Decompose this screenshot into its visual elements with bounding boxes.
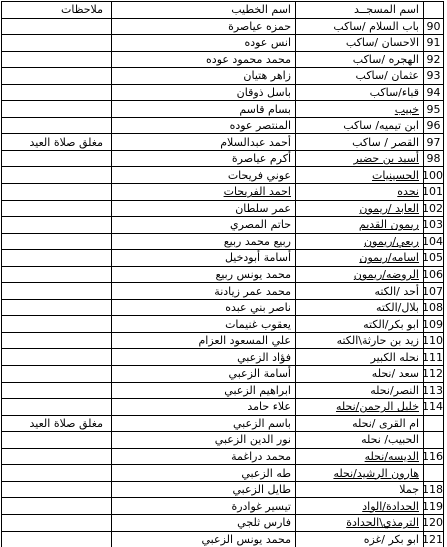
cell-mosque-name: ام القرى /نحله: [296, 415, 424, 432]
cell-mosque-name: ربعي/ريمون: [296, 233, 424, 250]
cell-number: 103: [424, 217, 444, 234]
column-header-number: [424, 2, 444, 19]
column-header-mosque: اسم المسجــد: [296, 2, 424, 19]
cell-mosque-name: الحسينيات: [296, 167, 424, 184]
cell-preacher-name: ابراهيم الزعبي: [112, 382, 296, 399]
cell-preacher-name: احمد الفريحات: [112, 184, 296, 201]
table-body: 90باب السلام /ساكبحمزه عياصرة91الاحسان /…: [2, 18, 444, 547]
cell-mosque-name: الروضه/ريمون: [296, 266, 424, 283]
table-row: هارون الرشيد/نحلهطه الزعبي: [2, 465, 444, 482]
cell-notes: [2, 35, 112, 52]
cell-preacher-name: ناصر بني عبده: [112, 299, 296, 316]
cell-number: 110: [424, 332, 444, 349]
cell-preacher-name: عوني فريحات: [112, 167, 296, 184]
table-row: 96ابن تيميه/ ساكبالمنتصر عوده: [2, 117, 444, 134]
table-row: 103ريمون القديمحاتم المصري: [2, 217, 444, 234]
cell-number: [424, 415, 444, 432]
table-row: 91الاحسان /ساكبانس عوده: [2, 35, 444, 52]
cell-notes: [2, 51, 112, 68]
cell-mosque-name: زيد بن حارثة\الكته: [296, 332, 424, 349]
cell-preacher-name: علي المسعود العزام: [112, 332, 296, 349]
cell-preacher-name: محمد يونس ربيع: [112, 266, 296, 283]
cell-notes: [2, 349, 112, 366]
cell-number: 96: [424, 117, 444, 134]
cell-preacher-name: باسم الزعبي: [112, 415, 296, 432]
cell-number: 108: [424, 299, 444, 316]
cell-mosque-name: ابو بكر/الكته: [296, 316, 424, 333]
cell-number: 105: [424, 250, 444, 267]
cell-mosque-name: الاحسان /ساكب: [296, 35, 424, 52]
cell-preacher-name: علاء حامد: [112, 399, 296, 416]
cell-notes: [2, 531, 112, 547]
cell-preacher-name: حاتم المصري: [112, 217, 296, 234]
cell-number: 113: [424, 382, 444, 399]
cell-notes: [2, 283, 112, 300]
cell-preacher-name: باسل ذوقان: [112, 84, 296, 101]
cell-notes: [2, 233, 112, 250]
cell-mosque-name: ريمون القديم: [296, 217, 424, 234]
table-row: 110زيد بن حارثة\الكتهعلي المسعود العزام: [2, 332, 444, 349]
table-row: 118جملاطايل الزعبي: [2, 481, 444, 498]
cell-number: 121: [424, 531, 444, 547]
cell-notes: [2, 366, 112, 383]
cell-number: 97: [424, 134, 444, 151]
cell-preacher-name: يعقوب غنيمات: [112, 316, 296, 333]
mosque-preacher-table: اسم المسجــد اسم الخطيب ملاحظات 90باب ال…: [1, 1, 444, 547]
cell-preacher-name: محمد عمر زيادنة: [112, 283, 296, 300]
table-row: 113النصر/نحلهابراهيم الزعبي: [2, 382, 444, 399]
cell-number: 95: [424, 101, 444, 118]
cell-notes: [2, 200, 112, 217]
table-row: 116الديسه/نحلهمحمد دراغمة: [2, 448, 444, 465]
cell-mosque-name: نحله الكبير: [296, 349, 424, 366]
cell-notes: [2, 316, 112, 333]
table-row: 107أحد /الكتهمحمد عمر زيادنة: [2, 283, 444, 300]
cell-mosque-name: الحدادة/الواد: [296, 498, 424, 515]
table-row: الحبيب/ نحلهنور الدين الزعبي: [2, 432, 444, 449]
table-row: 101نجدهاحمد الفريحات: [2, 184, 444, 201]
cell-number: 98: [424, 150, 444, 167]
cell-number: 100: [424, 167, 444, 184]
cell-number: 116: [424, 448, 444, 465]
table-row: 100الحسينياتعوني فريحات: [2, 167, 444, 184]
cell-preacher-name: طه الزعبي: [112, 465, 296, 482]
table-row: 108بلال/الكتهناصر بني عبده: [2, 299, 444, 316]
table-row: 106الروضه/ريمونمحمد يونس ربيع: [2, 266, 444, 283]
cell-notes: [2, 514, 112, 531]
cell-notes: [2, 117, 112, 134]
cell-number: [424, 432, 444, 449]
cell-preacher-name: أسامة الزعبي: [112, 366, 296, 383]
cell-notes: [2, 184, 112, 201]
cell-number: [424, 465, 444, 482]
cell-number: 107: [424, 283, 444, 300]
cell-mosque-name: أحد /الكته: [296, 283, 424, 300]
cell-number: 119: [424, 498, 444, 515]
cell-mosque-name: عثمان /ساكب: [296, 68, 424, 85]
cell-preacher-name: أكرم عياصرة: [112, 150, 296, 167]
cell-preacher-name: محمد يونس الزعبي: [112, 531, 296, 547]
cell-notes: [2, 84, 112, 101]
cell-preacher-name: انس عوده: [112, 35, 296, 52]
cell-notes: [2, 432, 112, 449]
table-row: 120الترمذي\الحدادةفارس ثلجي: [2, 514, 444, 531]
cell-number: 91: [424, 35, 444, 52]
cell-preacher-name: زاهر هتيان: [112, 68, 296, 85]
cell-notes: [2, 266, 112, 283]
cell-number: 120: [424, 514, 444, 531]
cell-notes: مغلق صلاة العيد: [2, 415, 112, 432]
cell-number: 94: [424, 84, 444, 101]
cell-mosque-name: هارون الرشيد/نحله: [296, 465, 424, 482]
cell-notes: [2, 150, 112, 167]
cell-number: 112: [424, 366, 444, 383]
cell-preacher-name: فؤاد الزعبي: [112, 349, 296, 366]
cell-number: 109: [424, 316, 444, 333]
cell-preacher-name: أسامة أبودخيل: [112, 250, 296, 267]
table-row: 121ابو بكر /غزهمحمد يونس الزعبي: [2, 531, 444, 547]
cell-mosque-name: قباء/ساكب: [296, 84, 424, 101]
cell-preacher-name: أحمد عبدالسلام: [112, 134, 296, 151]
cell-notes: [2, 465, 112, 482]
table-row: 92الهجره /ساكبمحمد محمود عوده: [2, 51, 444, 68]
cell-mosque-name: اسامه/ريمون: [296, 250, 424, 267]
cell-notes: [2, 332, 112, 349]
cell-notes: [2, 250, 112, 267]
cell-notes: مغلق صلاة العيد: [2, 134, 112, 151]
cell-mosque-name: العابد /ريمون: [296, 200, 424, 217]
table-row: 119الحدادة/الوادتيسير غوادرة: [2, 498, 444, 515]
cell-number: 101: [424, 184, 444, 201]
cell-preacher-name: فارس ثلجي: [112, 514, 296, 531]
cell-mosque-name: نجده: [296, 184, 424, 201]
cell-mosque-name: سعد /نحله: [296, 366, 424, 383]
table-row: 98أسيد بن حضيرأكرم عياصرة: [2, 150, 444, 167]
cell-mosque-name: باب السلام /ساكب: [296, 18, 424, 35]
cell-mosque-name: جملا: [296, 481, 424, 498]
cell-mosque-name: بلال/الكته: [296, 299, 424, 316]
table-row: 95خبيببسام قاسم: [2, 101, 444, 118]
cell-notes: [2, 498, 112, 515]
cell-mosque-name: القصر / ساكب: [296, 134, 424, 151]
cell-preacher-name: المنتصر عوده: [112, 117, 296, 134]
table-row: 109ابو بكر/الكتهيعقوب غنيمات: [2, 316, 444, 333]
cell-number: 114: [424, 399, 444, 416]
table-row: 90باب السلام /ساكبحمزه عياصرة: [2, 18, 444, 35]
cell-number: 92: [424, 51, 444, 68]
table-row: 105اسامه/ريمونأسامة أبودخيل: [2, 250, 444, 267]
cell-number: 90: [424, 18, 444, 35]
cell-number: 118: [424, 481, 444, 498]
cell-mosque-name: الديسه/نحله: [296, 448, 424, 465]
column-header-notes: ملاحظات: [2, 2, 112, 19]
cell-preacher-name: ربيع محمد ربيع: [112, 233, 296, 250]
column-header-preacher: اسم الخطيب: [112, 2, 296, 19]
cell-notes: [2, 399, 112, 416]
cell-notes: [2, 481, 112, 498]
table-row: 112سعد /نحلهأسامة الزعبي: [2, 366, 444, 383]
header-row: اسم المسجــد اسم الخطيب ملاحظات: [2, 2, 444, 19]
table-row: ام القرى /نحلهباسم الزعبيمغلق صلاة العيد: [2, 415, 444, 432]
table-row: 111نحله الكبيرفؤاد الزعبي: [2, 349, 444, 366]
table-row: 104ربعي/ريمونربيع محمد ربيع: [2, 233, 444, 250]
cell-mosque-name: الترمذي\الحدادة: [296, 514, 424, 531]
cell-number: 106: [424, 266, 444, 283]
cell-preacher-name: بسام قاسم: [112, 101, 296, 118]
cell-preacher-name: تيسير غوادرة: [112, 498, 296, 515]
cell-preacher-name: محمد دراغمة: [112, 448, 296, 465]
table-row: 114خليل الرحمن/نحلهعلاء حامد: [2, 399, 444, 416]
cell-number: 102: [424, 200, 444, 217]
cell-mosque-name: خليل الرحمن/نحله: [296, 399, 424, 416]
cell-notes: [2, 18, 112, 35]
cell-number: 111: [424, 349, 444, 366]
cell-mosque-name: أسيد بن حضير: [296, 150, 424, 167]
cell-number: 93: [424, 68, 444, 85]
cell-number: 104: [424, 233, 444, 250]
cell-preacher-name: محمد محمود عوده: [112, 51, 296, 68]
table-row: 94قباء/ساكبباسل ذوقان: [2, 84, 444, 101]
cell-preacher-name: طايل الزعبي: [112, 481, 296, 498]
cell-notes: [2, 217, 112, 234]
cell-preacher-name: عمر سلطان: [112, 200, 296, 217]
cell-notes: [2, 448, 112, 465]
cell-mosque-name: ابن تيميه/ ساكب: [296, 117, 424, 134]
cell-notes: [2, 167, 112, 184]
cell-mosque-name: الحبيب/ نحله: [296, 432, 424, 449]
table-row: 97القصر / ساكبأحمد عبدالسلاممغلق صلاة ال…: [2, 134, 444, 151]
cell-mosque-name: ابو بكر /غزه: [296, 531, 424, 547]
table-row: 102العابد /ريمونعمر سلطان: [2, 200, 444, 217]
cell-notes: [2, 68, 112, 85]
cell-preacher-name: حمزه عياصرة: [112, 18, 296, 35]
cell-preacher-name: نور الدين الزعبي: [112, 432, 296, 449]
cell-notes: [2, 299, 112, 316]
cell-notes: [2, 101, 112, 118]
cell-notes: [2, 382, 112, 399]
cell-mosque-name: الهجره /ساكب: [296, 51, 424, 68]
cell-mosque-name: النصر/نحله: [296, 382, 424, 399]
table-row: 93عثمان /ساكبزاهر هتيان: [2, 68, 444, 85]
mosque-preacher-schedule-page: اسم المسجــد اسم الخطيب ملاحظات 90باب ال…: [0, 0, 447, 547]
cell-mosque-name: خبيب: [296, 101, 424, 118]
